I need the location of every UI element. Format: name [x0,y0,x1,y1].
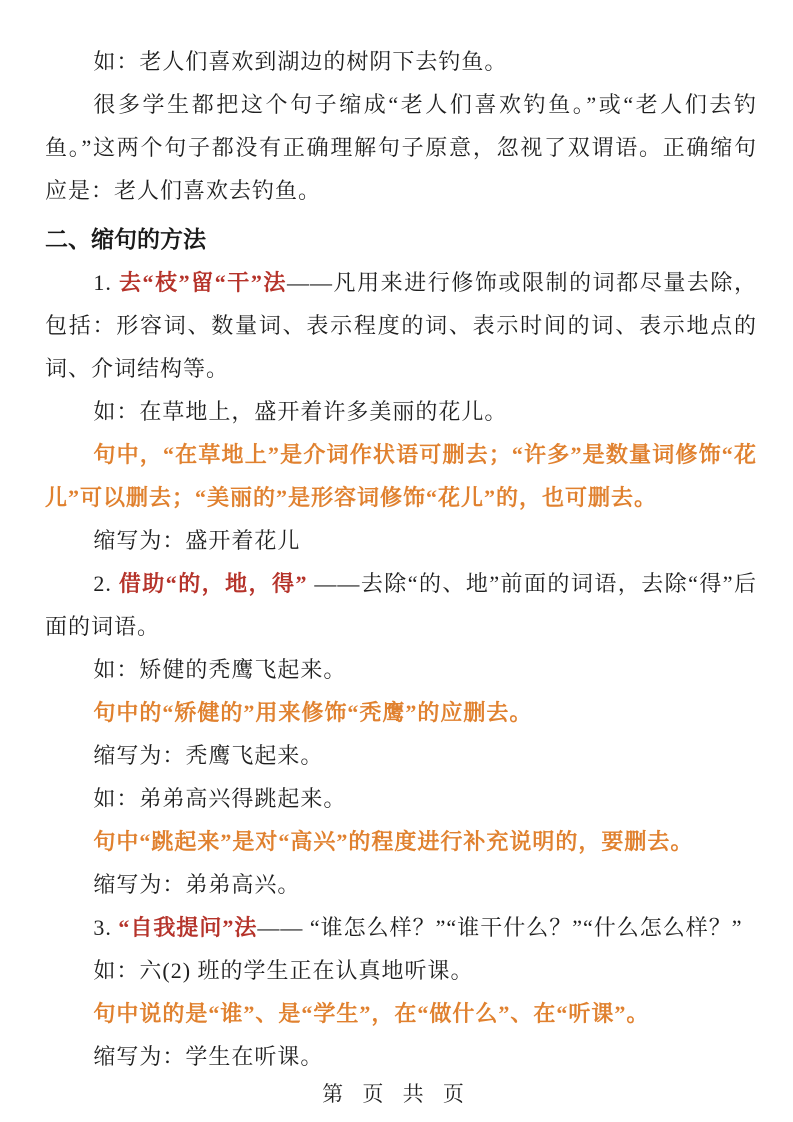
page-footer: 第 页 共 页 [0,1078,793,1108]
intro-discussion: 很多学生都把这个句子缩成“老人们喜欢钓鱼。”或“老人们去钓鱼。”这两个句子都没有… [45,83,757,212]
method-2-analysis-1: 句中的“矫健的”用来修饰“秃鹰”的应删去。 [45,691,757,734]
method-1-example: 如：在草地上，盛开着许多美丽的花儿。 [45,390,757,433]
method-2-example-1: 如：矫健的秃鹰飞起来。 [45,648,757,691]
intro-example: 如：老人们喜欢到湖边的树阴下去钓鱼。 [45,40,757,83]
method-1-title: 去“枝”留“干”法 [119,270,287,295]
method-3-analysis: 句中说的是“谁”、是“学生”，在“做什么”、在“听课”。 [45,992,757,1035]
method-3-example: 如：六(2) 班的学生正在认真地听课。 [45,949,757,992]
method-3-result: 缩写为：学生在听课。 [45,1035,757,1078]
method-3-desc: —— “谁怎么样？”“谁干什么？”“什么怎么样？” [257,915,742,940]
method-3-definition: 3. “自我提问”法—— “谁怎么样？”“谁干什么？”“什么怎么样？” [45,906,757,949]
method-2-number: 2. [93,571,118,596]
method-1-analysis: 句中，“在草地上”是介词作状语可删去；“许多”是数量词修饰“花儿”可以删去；“美… [45,433,757,519]
method-2-definition: 2. 借助“的，地，得” ——去除“的、地”前面的词语，去除“得”后面的词语。 [45,562,757,648]
method-2-result-2: 缩写为：弟弟高兴。 [45,863,757,906]
method-2-example-2: 如：弟弟高兴得跳起来。 [45,777,757,820]
method-3-number: 3. [93,915,118,940]
method-1-result: 缩写为：盛开着花儿 [45,519,757,562]
method-2-result-1: 缩写为：秃鹰飞起来。 [45,734,757,777]
method-1-number: 1. [93,270,119,295]
method-2-analysis-2: 句中“跳起来”是对“高兴”的程度进行补充说明的，要删去。 [45,820,757,863]
section-heading: 二、缩句的方法 [45,218,757,261]
method-2-title: 借助“的，地，得” [119,571,308,596]
method-3-title: “自我提问”法 [118,915,257,940]
document-page: 如：老人们喜欢到湖边的树阴下去钓鱼。 很多学生都把这个句子缩成“老人们喜欢钓鱼。… [0,0,793,1078]
method-1-definition: 1. 去“枝”留“干”法——凡用来进行修饰或限制的词都尽量去除，包括：形容词、数… [45,261,757,390]
